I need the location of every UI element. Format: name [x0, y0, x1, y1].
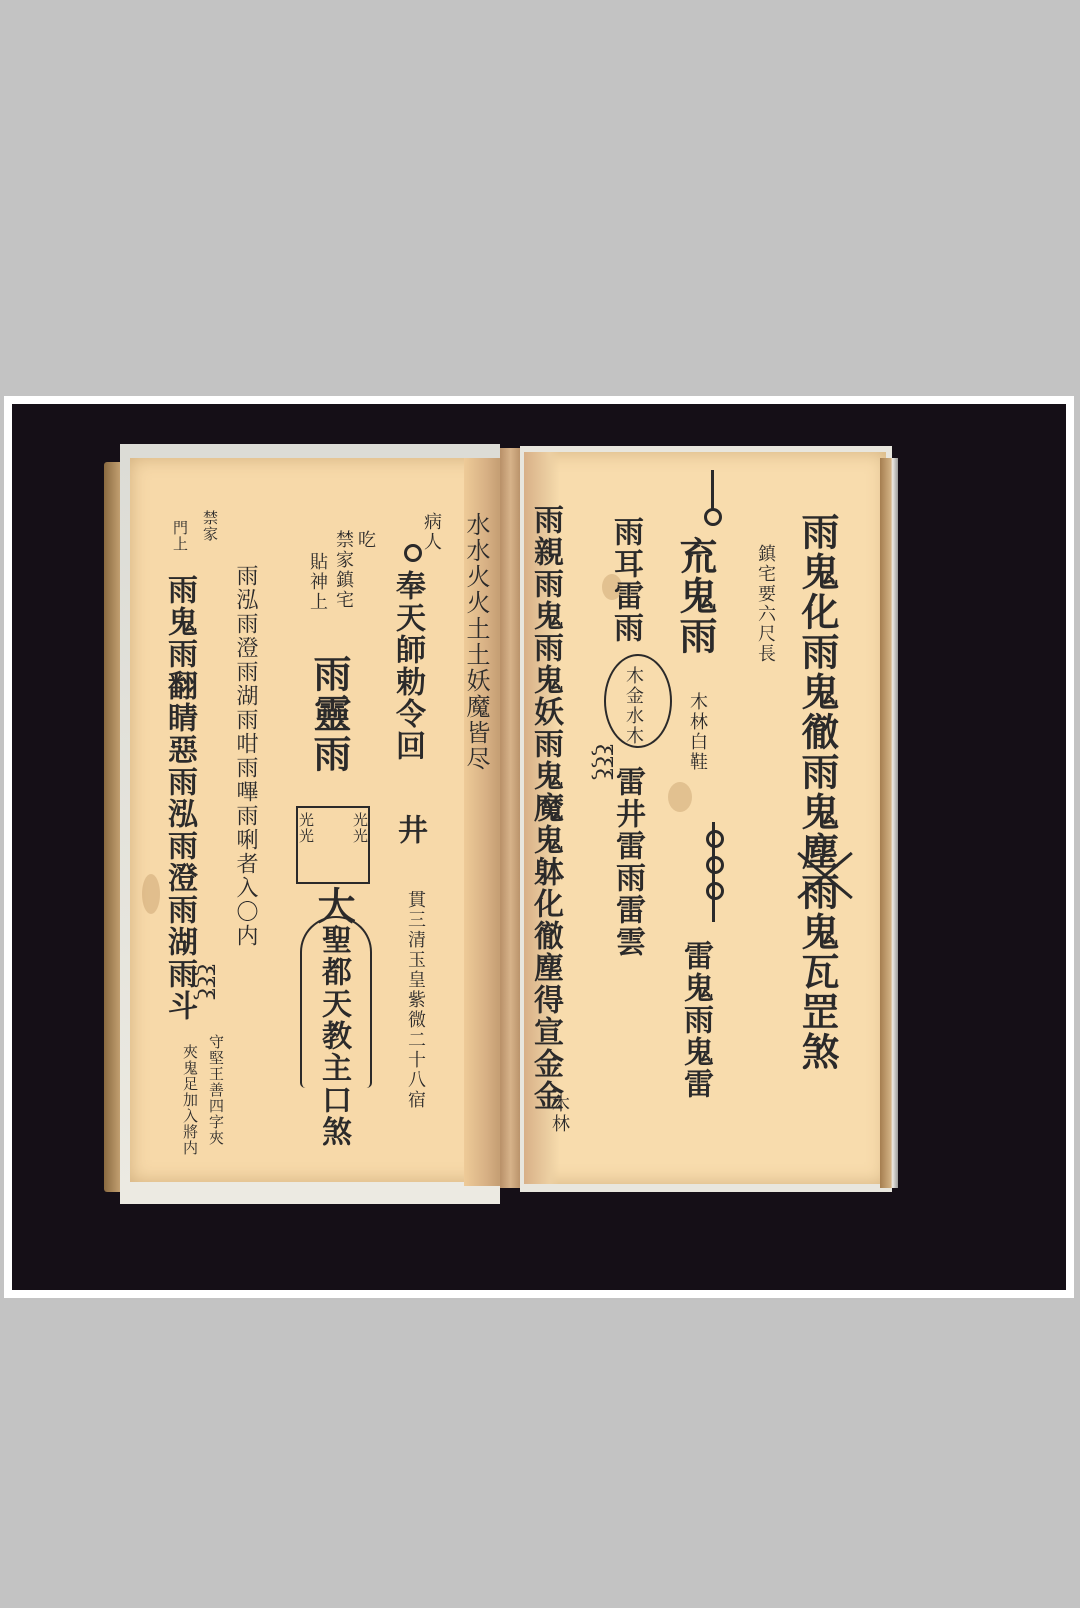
talisman-column-r3b: 木林白鞋 — [688, 692, 706, 772]
instruction-column-r2: 鎮宅要六尺長 — [756, 544, 774, 664]
talisman-column-r5b: 木林 — [550, 1094, 568, 1134]
talisman-column-r4b: 木金水木 — [624, 666, 642, 746]
white-border-frame: 雨鬼化雨鬼徹雨鬼塵雨鬼瓦罡煞 鎮宅要六尺長 㐬鬼雨 木林白鞋 雷鬼雨鬼雷 雨耳雷… — [4, 396, 1074, 1298]
instruction-sick-person: 病人 — [422, 512, 440, 552]
talisman-column-l2e: 貫三清玉皇紫微二十八宿 — [406, 890, 424, 1110]
instruction-door-top: 門上 — [172, 520, 187, 552]
open-book: 雨鬼化雨鬼徹雨鬼塵雨鬼瓦罡煞 鎮宅要六尺長 㐬鬼雨 木林白鞋 雷鬼雨鬼雷 雨耳雷… — [12, 404, 1066, 1290]
instruction-ghost-column: 夾鬼足加入將内 — [182, 1044, 197, 1156]
talisman-column-l5: 雨鬼雨翻睛惡雨泓雨澄雨湖雨斗 — [164, 574, 194, 1022]
talisman-column-r5: 雨親雨鬼雨鬼妖雨鬼魔鬼躰化徹塵得宣金金 — [530, 504, 560, 1112]
book-right-edge — [880, 458, 898, 1188]
instruction-eat: 吃 — [356, 530, 374, 550]
manuscript-photo: 雨鬼化雨鬼徹雨鬼塵雨鬼瓦罡煞 鎮宅要六尺長 㐬鬼雨 木林白鞋 雷鬼雨鬼雷 雨耳雷… — [12, 404, 1066, 1290]
paper-stain — [668, 782, 692, 812]
talisman-column-l1: 水水火火土土妖魔皆尽 — [464, 512, 488, 772]
talisman-column-l2: 奉天師勅令回 — [392, 570, 422, 762]
talisman-ring-glyph — [704, 508, 722, 526]
star-dot-icon — [706, 882, 724, 900]
instruction-ban-house: 禁家鎮宅 — [334, 530, 352, 610]
talisman-column-r4c: 雷井雷雨雷雲 — [612, 766, 642, 958]
talisman-column-l3: 雨靈雨 — [310, 654, 348, 774]
talisman-column-r1: 雨鬼化雨鬼徹雨鬼塵雨鬼瓦罡煞 — [798, 512, 836, 1072]
instruction-ban-house-door: 禁家 — [202, 510, 217, 542]
talisman-column-l4: 雨泓雨澄雨湖雨咁雨嗶雨唎者入〇内 — [234, 564, 256, 948]
instruction-paste: 貼神上 — [308, 552, 326, 612]
talisman-column-r4: 雨耳雷雨 — [610, 516, 640, 644]
talisman-column-r3: 㐬鬼雨 — [676, 536, 714, 656]
talisman-column-r3c: 雷鬼雨鬼雷 — [680, 940, 710, 1100]
star-dot-icon — [706, 856, 724, 874]
talisman-column-l3g: 聖都天教主口煞 — [318, 924, 348, 1148]
star-dot-icon — [706, 830, 724, 848]
paper-stain — [142, 874, 160, 914]
instruction-guard-column: 守堅王善四字夾 — [208, 1034, 223, 1146]
zigzag-stroke: ξξξ — [590, 744, 615, 780]
zigzag-stroke: ξξξ — [192, 964, 217, 1000]
light-glyph-right: 光光 — [352, 812, 367, 844]
talisman-well-glyph: 井 — [394, 814, 424, 846]
talisman-hook-stroke — [711, 470, 714, 510]
light-glyph-left: 光光 — [298, 812, 313, 844]
talisman-ring-glyph — [404, 544, 422, 562]
